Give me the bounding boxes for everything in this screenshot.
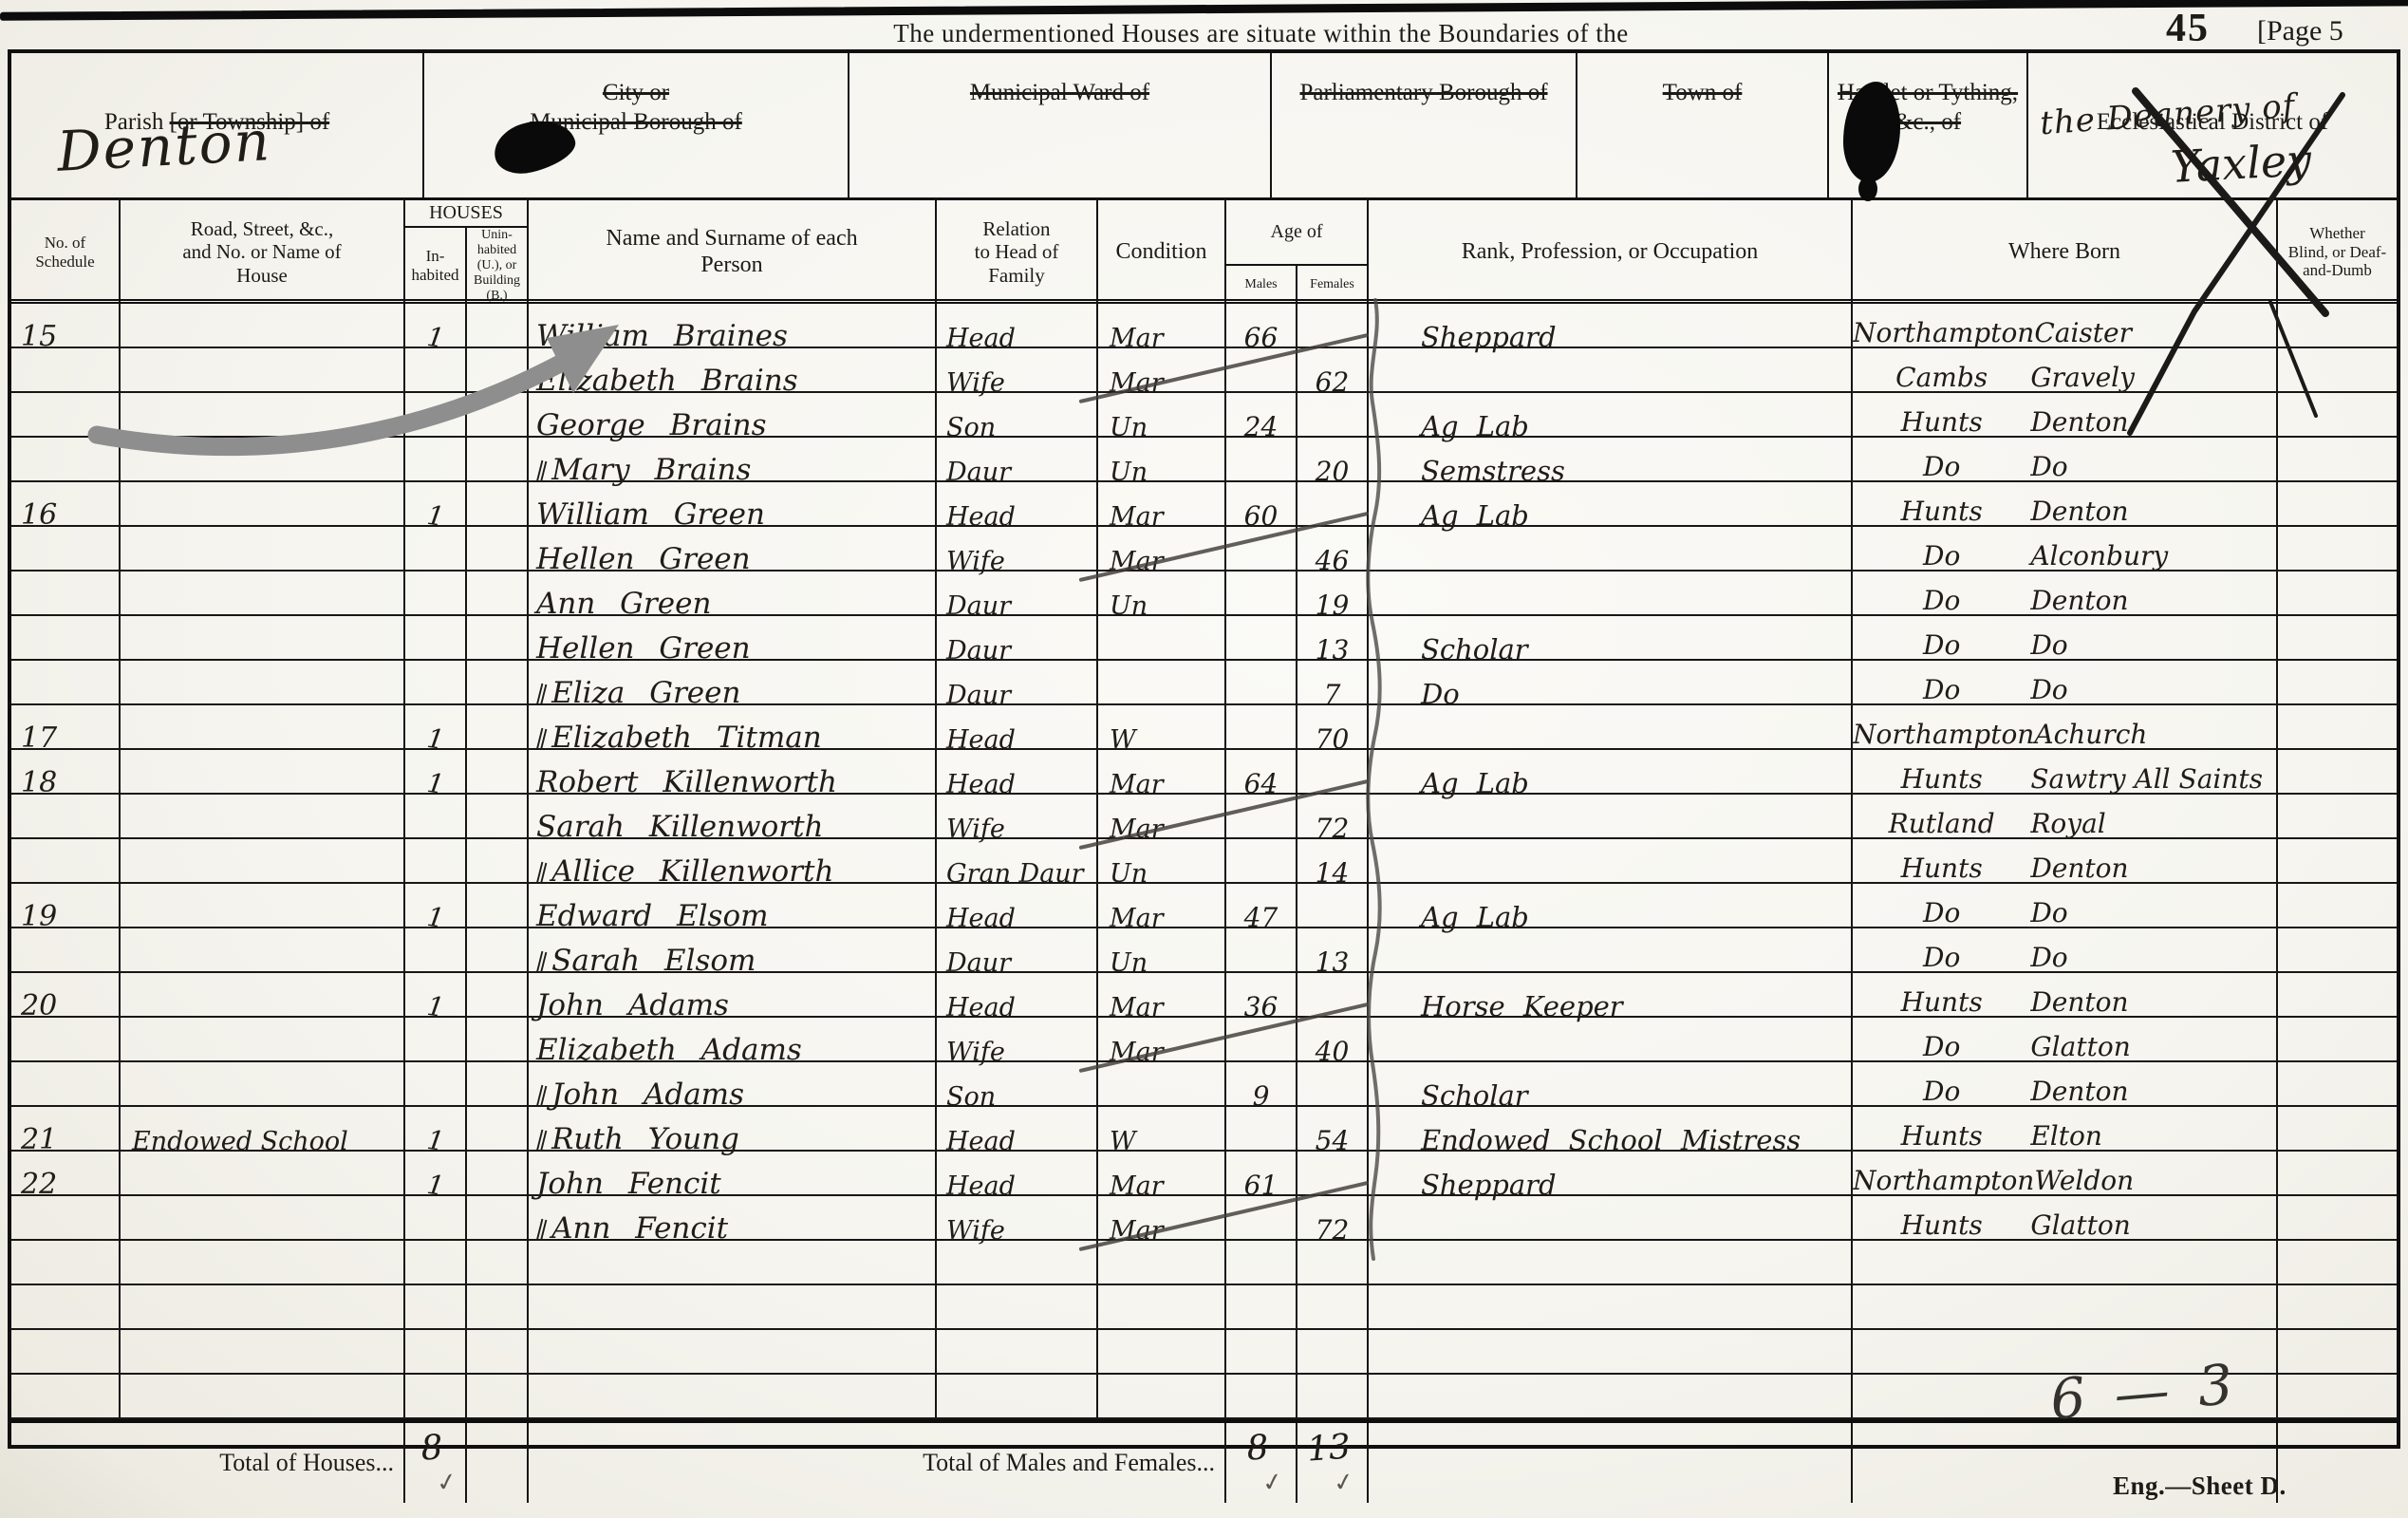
born-county: Hunts: [1901, 496, 1983, 527]
column-header-uninhabited: Unin- habited (U.), or Building (B.): [467, 228, 527, 304]
cell-name: ∥Mary Brains: [529, 438, 937, 480]
handwritten-entry: Son: [946, 1082, 996, 1112]
born-county: Do: [1923, 451, 1960, 482]
handwritten-entry: ∥John Adams: [536, 1078, 744, 1112]
handwritten-entry: Mar: [1110, 1171, 1164, 1201]
total-males-value: 8: [1245, 1428, 1270, 1468]
cell-occupation: [1369, 1375, 1853, 1417]
born-place: Glatton: [2030, 1209, 2130, 1241]
record-row: 221John FencitHeadMar61SheppardNorthampt…: [11, 1152, 2397, 1196]
handwritten-entry: Mar: [1110, 770, 1164, 799]
page-label: [Page 5: [2257, 15, 2343, 47]
cell-inhabited: [405, 1330, 467, 1373]
cell-blind: [2278, 884, 2397, 927]
cell-blind: [2278, 1285, 2397, 1328]
cell-road: [121, 1196, 405, 1239]
town-struck-label: Town of: [1663, 80, 1743, 105]
handwritten-entry: 64: [1244, 768, 1279, 799]
parliamentary-struck-label: Parliamentary Borough of: [1299, 80, 1547, 105]
record-row: [11, 1330, 2397, 1375]
cell-born: DoDenton: [1853, 1062, 2278, 1105]
cell-inhabited: [405, 1375, 467, 1417]
cell-schedule: 20: [11, 973, 121, 1016]
handwritten-entry: Head: [946, 770, 1016, 799]
cell-age-females: 70: [1297, 705, 1369, 748]
cell-uninhabited: [467, 705, 529, 748]
handwritten-entry: John Adams: [536, 988, 729, 1022]
cell-age-females: [1297, 1241, 1369, 1284]
total-males-cell: 8 ✓: [1226, 1423, 1297, 1503]
record-row: Elizabeth AdamsWifeMar40DoGlatton: [11, 1018, 2397, 1062]
record-row: 21Endowed School1∥Ruth YoungHeadW54Endow…: [11, 1107, 2397, 1152]
cell-blind: [2278, 482, 2397, 525]
cell-occupation: [1369, 928, 1853, 971]
born-place: Denton: [2030, 406, 2128, 438]
cell-uninhabited: [467, 750, 529, 793]
cell-schedule: [11, 348, 121, 391]
cell-condition: Mar: [1098, 884, 1226, 927]
cell-age-males: [1226, 616, 1297, 659]
cell-road: [121, 1330, 405, 1373]
handwritten-entry: Un: [1110, 948, 1148, 978]
cell-name: Robert Killenworth: [529, 750, 937, 793]
cell-inhabited: [405, 1241, 467, 1284]
cell-uninhabited: [467, 884, 529, 927]
cell-blind: [2278, 661, 2397, 703]
cell-relation: Head: [937, 884, 1098, 927]
cell-born: NorthamptonWeldon: [1853, 1152, 2278, 1194]
cell-born: [1853, 1241, 2278, 1284]
handwritten-entry: Head: [946, 1127, 1016, 1156]
record-row: George BrainsSonUn24Ag LabHuntsDenton: [11, 393, 2397, 438]
record-row: 161William GreenHeadMar60Ag LabHuntsDent…: [11, 482, 2397, 527]
cell-schedule: [11, 839, 121, 882]
cell-occupation: Scholar: [1369, 1062, 1853, 1105]
cell-condition: Un: [1098, 928, 1226, 971]
born-place: Do: [2030, 674, 2067, 705]
born-county: Do: [1923, 540, 1960, 572]
cell-schedule: [11, 795, 121, 837]
cell-condition: Mar: [1098, 482, 1226, 525]
handwritten-entry: Edward Elsom: [536, 899, 769, 933]
handwritten-entry: ∥Ann Fencit: [536, 1211, 728, 1246]
cell-age-females: [1297, 884, 1369, 927]
cell-schedule: [11, 572, 121, 614]
sheet-title: The undermentioned Houses are situate wi…: [57, 19, 2408, 48]
cell-blind: [2278, 572, 2397, 614]
cell-age-males: [1226, 661, 1297, 703]
boundary-parish-cell: Parish [or Township] of Denton: [11, 53, 424, 197]
cell-born: HuntsDenton: [1853, 973, 2278, 1016]
born-county: Do: [1923, 585, 1960, 616]
cell-name: Ann Green: [529, 572, 937, 614]
cell-blind: [2278, 393, 2397, 436]
total-houses-label: Total of Houses...: [11, 1423, 405, 1503]
handwritten-entry: George Brains: [536, 408, 767, 442]
handwritten-entry: 13: [1316, 946, 1350, 978]
cell-schedule: 19: [11, 884, 121, 927]
cell-condition: Mar: [1098, 795, 1226, 837]
cell-born: RutlandRoyal: [1853, 795, 2278, 837]
cell-relation: Head: [937, 304, 1098, 347]
born-place: Caister: [2034, 317, 2132, 348]
handwritten-entry: 61: [1244, 1170, 1279, 1201]
cell-condition: Mar: [1098, 1196, 1226, 1239]
cell-road: [121, 1062, 405, 1105]
handwritten-entry: Ag Lab: [1421, 901, 1529, 933]
cell-uninhabited: [467, 1018, 529, 1060]
handwritten-entry: Head: [946, 725, 1016, 755]
cell-condition: Mar: [1098, 973, 1226, 1016]
handwritten-entry: Horse Keeper: [1421, 990, 1623, 1022]
total-males-checkmark: ✓: [1260, 1467, 1286, 1498]
boundary-ecclesiastical-cell: Ecclesiastical District of the Deanery o…: [2028, 53, 2397, 197]
cell-inhabited: [405, 928, 467, 971]
born-place: Royal: [2030, 808, 2105, 839]
cell-age-females: 20: [1297, 438, 1369, 480]
cell-age-females: 72: [1297, 1196, 1369, 1239]
handwritten-entry: Son: [946, 413, 996, 442]
cell-name: John Fencit: [529, 1152, 937, 1194]
cell-schedule: [11, 1062, 121, 1105]
cell-road: [121, 438, 405, 480]
record-row: 201John AdamsHeadMar36Horse KeeperHuntsD…: [11, 973, 2397, 1018]
scan-top-rule: [0, 0, 2408, 21]
cell-blind: [2278, 1330, 2397, 1373]
cell-inhabited: [405, 348, 467, 391]
born-place: Achurch: [2034, 719, 2147, 750]
cell-born: CambsGravely: [1853, 348, 2278, 391]
handwritten-entry: William Green: [536, 497, 765, 532]
handwritten-entry: Robert Killenworth: [536, 765, 837, 799]
ward-struck-label: Municipal Ward of: [970, 80, 1149, 105]
cell-relation: Head: [937, 973, 1098, 1016]
cell-condition: [1098, 1285, 1226, 1328]
cell-relation: Head: [937, 705, 1098, 748]
cell-age-males: [1226, 1375, 1297, 1417]
cell-relation: [937, 1285, 1098, 1328]
cell-age-females: 13: [1297, 616, 1369, 659]
cell-age-females: [1297, 1285, 1369, 1328]
born-place: Do: [2030, 897, 2067, 928]
handwritten-entry: John Fencit: [536, 1167, 721, 1201]
handwritten-entry: ∥Elizabeth Titman: [536, 721, 822, 755]
cell-age-males: [1226, 928, 1297, 971]
born-place: Do: [2030, 451, 2067, 482]
cell-schedule: [11, 1375, 121, 1417]
cell-born: DoDo: [1853, 661, 2278, 703]
column-header-blind: Whether Blind, or Deaf- and-Dumb: [2278, 200, 2397, 304]
totals-row: Total of Houses... 8 ✓ Total of Males an…: [11, 1419, 2397, 1503]
cell-condition: [1098, 1330, 1226, 1373]
cell-road: [121, 1241, 405, 1284]
cell-condition: Un: [1098, 572, 1226, 614]
record-row: Ann GreenDaurUn19DoDenton: [11, 572, 2397, 616]
cell-condition: Mar: [1098, 750, 1226, 793]
cell-occupation: Horse Keeper: [1369, 973, 1853, 1016]
born-county: Hunts: [1901, 1209, 1983, 1241]
census-form: Parish [or Township] of Denton City or M…: [8, 49, 2400, 1449]
handwritten-entry: 15: [21, 320, 57, 353]
cell-blind: [2278, 1018, 2397, 1060]
born-place: Do: [2030, 629, 2067, 661]
enumerator-tick: ∥: [533, 681, 551, 709]
cell-born: HuntsElton: [1853, 1107, 2278, 1150]
cell-inhabited: 1: [405, 705, 467, 748]
cell-relation: Son: [937, 393, 1098, 436]
born-county: Hunts: [1901, 406, 1983, 438]
handwritten-entry: 16: [21, 498, 57, 532]
handwritten-entry: Head: [946, 502, 1016, 532]
handwritten-entry: Un: [1110, 458, 1148, 487]
cell-age-females: 72: [1297, 795, 1369, 837]
handwritten-entry: 46: [1316, 545, 1350, 576]
cell-age-males: [1226, 438, 1297, 480]
cell-occupation: Ag Lab: [1369, 393, 1853, 436]
cell-inhabited: 1: [405, 884, 467, 927]
cell-born: DoDo: [1853, 438, 2278, 480]
handwritten-entry: Mar: [1110, 904, 1164, 933]
born-county: Hunts: [1901, 986, 1983, 1018]
column-header-houses-group: HOUSES In- habited Unin- habited (U.), o…: [405, 200, 529, 304]
handwritten-entry: Head: [946, 1171, 1016, 1201]
cell-age-males: [1226, 1107, 1297, 1150]
cell-name: ∥Sarah Elsom: [529, 928, 937, 971]
cell-occupation: [1369, 839, 1853, 882]
handwritten-entry: Semstress: [1421, 455, 1565, 487]
cell-age-males: [1226, 572, 1297, 614]
boundary-ward-cell: Municipal Ward of: [849, 53, 1272, 197]
cell-condition: Un: [1098, 393, 1226, 436]
cell-road: [121, 616, 405, 659]
record-row: ∥Allice KillenworthGran DaurUn14HuntsDen…: [11, 839, 2397, 884]
cell-blind: [2278, 616, 2397, 659]
handwritten-entry: Sarah Killenworth: [536, 810, 824, 844]
handwritten-entry: ∥Allice Killenworth: [536, 854, 833, 889]
cell-condition: Mar: [1098, 527, 1226, 570]
cell-condition: Mar: [1098, 304, 1226, 347]
cell-condition: Un: [1098, 839, 1226, 882]
enumerator-tick: ∥: [533, 1082, 551, 1111]
cell-schedule: [11, 661, 121, 703]
cell-inhabited: [405, 1285, 467, 1328]
cell-relation: Wife: [937, 1018, 1098, 1060]
enumerator-tick: ∥: [533, 1127, 551, 1155]
cell-born: HuntsGlatton: [1853, 1196, 2278, 1239]
enumerator-tick: ∥: [533, 948, 551, 977]
cell-born: DoDo: [1853, 616, 2278, 659]
record-row: ∥Mary BrainsDaurUn20SemstressDoDo: [11, 438, 2397, 482]
cell-born: HuntsDenton: [1853, 839, 2278, 882]
boundary-parliamentary-cell: Parliamentary Borough of: [1272, 53, 1577, 197]
column-header-relation: Relation to Head of Family: [937, 200, 1098, 304]
handwritten-entry: Ag Lab: [1421, 410, 1529, 442]
handwritten-entry: Endowed School: [132, 1127, 348, 1156]
parish-value: Denton: [55, 106, 272, 186]
handwritten-entry: W: [1110, 725, 1136, 755]
cell-age-males: 60: [1226, 482, 1297, 525]
cell-occupation: Endowed School Mistress: [1369, 1107, 1853, 1150]
cell-blind: [2278, 928, 2397, 971]
cell-uninhabited: [467, 1330, 529, 1373]
cell-relation: Daur: [937, 661, 1098, 703]
cell-age-females: 46: [1297, 527, 1369, 570]
cell-schedule: [11, 616, 121, 659]
handwritten-entry: 14: [1316, 857, 1350, 889]
cell-uninhabited: [467, 1375, 529, 1417]
handwritten-entry: Wife: [946, 547, 1005, 576]
born-place: Denton: [2030, 986, 2128, 1018]
handwritten-entry: ∥Eliza Green: [536, 676, 740, 710]
record-row: ∥John AdamsSon9ScholarDoDenton: [11, 1062, 2397, 1107]
cell-occupation: Scholar: [1369, 616, 1853, 659]
handwritten-entry: Daur: [946, 681, 1011, 710]
cell-name: ∥Elizabeth Titman: [529, 705, 937, 748]
cell-blind: [2278, 304, 2397, 347]
born-place: Elton: [2030, 1120, 2102, 1152]
born-county: Rutland: [1889, 808, 1995, 839]
born-place: Denton: [2030, 1076, 2128, 1107]
handwritten-entry: 20: [1316, 456, 1350, 487]
cell-inhabited: 1: [405, 750, 467, 793]
handwritten-entry: William Braines: [536, 319, 788, 353]
born-county: Hunts: [1901, 763, 1983, 795]
cell-condition: W: [1098, 1107, 1226, 1150]
cell-uninhabited: [467, 304, 529, 347]
handwritten-entry: Head: [946, 993, 1016, 1022]
boundary-town-cell: Town of: [1577, 53, 1829, 197]
cell-age-males: 64: [1226, 750, 1297, 793]
totals-spacer-cell: [467, 1423, 529, 1503]
handwritten-entry: 17: [21, 722, 57, 755]
cell-born: HuntsSawtry All Saints: [1853, 750, 2278, 793]
cell-name: ∥Ruth Young: [529, 1107, 937, 1150]
born-county: Do: [1923, 674, 1960, 705]
cell-schedule: 18: [11, 750, 121, 793]
cell-relation: Daur: [937, 572, 1098, 614]
cell-schedule: [11, 393, 121, 436]
cell-blind: [2278, 1375, 2397, 1417]
enumerator-tick: ∥: [533, 859, 551, 888]
cell-born: NorthamptonAchurch: [1853, 705, 2278, 748]
cell-schedule: [11, 1196, 121, 1239]
handwritten-entry: 62: [1316, 366, 1350, 398]
column-header-females: Females: [1297, 266, 1367, 304]
cell-road: [121, 1152, 405, 1194]
handwritten-entry: Head: [946, 904, 1016, 933]
cell-born: DoDenton: [1853, 572, 2278, 614]
handwritten-entry: 60: [1244, 500, 1279, 532]
cell-relation: Daur: [937, 438, 1098, 480]
cell-occupation: [1369, 1285, 1853, 1328]
cell-age-females: [1297, 393, 1369, 436]
column-header-males: Males: [1226, 266, 1297, 304]
handwritten-entry: 9: [1253, 1080, 1270, 1112]
cell-relation: Head: [937, 750, 1098, 793]
cell-schedule: 17: [11, 705, 121, 748]
column-header-age: Age of: [1226, 200, 1367, 264]
cell-name: [529, 1375, 937, 1417]
cell-born: NorthamptonCaister: [1853, 304, 2278, 347]
handwritten-entry: Scholar: [1421, 1079, 1528, 1112]
page-number: 45: [2166, 6, 2210, 51]
handwritten-entry: Un: [1110, 591, 1148, 621]
cell-occupation: [1369, 572, 1853, 614]
column-header-inhabited: In- habited: [405, 228, 467, 304]
handwritten-entry: 7: [1324, 679, 1341, 710]
handwritten-entry: 40: [1316, 1036, 1350, 1067]
cell-road: [121, 1018, 405, 1060]
cell-uninhabited: [467, 795, 529, 837]
cell-age-females: 19: [1297, 572, 1369, 614]
ecclesiastical-value-line2: Yaxley: [2170, 133, 2313, 195]
cell-uninhabited: [467, 928, 529, 971]
born-place: Denton: [2030, 585, 2128, 616]
handwritten-entry: Wife: [946, 1038, 1005, 1067]
cell-name: ∥Ann Fencit: [529, 1196, 937, 1239]
cell-occupation: [1369, 527, 1853, 570]
cell-age-males: [1226, 839, 1297, 882]
handwritten-entry: Daur: [946, 636, 1011, 665]
cell-uninhabited: [467, 527, 529, 570]
cell-inhabited: [405, 839, 467, 882]
cell-condition: [1098, 661, 1226, 703]
records-body: 151William BrainesHeadMar66SheppardNorth…: [11, 304, 2397, 1419]
handwritten-entry: Head: [946, 324, 1016, 353]
cell-uninhabited: [467, 572, 529, 614]
cell-schedule: 16: [11, 482, 121, 525]
handwritten-entry: 47: [1244, 902, 1279, 933]
cell-name: George Brains: [529, 393, 937, 436]
handwritten-entry: Mar: [1110, 993, 1164, 1022]
cell-inhabited: [405, 572, 467, 614]
handwritten-entry: Daur: [946, 591, 1011, 621]
born-county: Northampton: [1853, 719, 2034, 750]
handwritten-entry: Wife: [946, 1216, 1005, 1246]
record-row: 171∥Elizabeth TitmanHeadW70NorthamptonAc…: [11, 705, 2397, 750]
cell-age-females: [1297, 1330, 1369, 1373]
cell-occupation: Do: [1369, 661, 1853, 703]
record-row: Elizabeth BrainsWifeMar62CambsGravely: [11, 348, 2397, 393]
cell-age-males: 47: [1226, 884, 1297, 927]
cell-name: Sarah Killenworth: [529, 795, 937, 837]
cell-relation: [937, 1330, 1098, 1373]
cell-age-females: [1297, 1375, 1369, 1417]
handwritten-entry: Mar: [1110, 502, 1164, 532]
total-females-checkmark: ✓: [1332, 1467, 1357, 1498]
enumerator-tick: ∥: [533, 725, 551, 754]
cell-blind: [2278, 1107, 2397, 1150]
cell-road: [121, 661, 405, 703]
cell-name: William Braines: [529, 304, 937, 347]
record-row: Hellen GreenWifeMar46DoAlconbury: [11, 527, 2397, 572]
cell-name: John Adams: [529, 973, 937, 1016]
cell-inhabited: [405, 527, 467, 570]
handwritten-entry: Endowed School Mistress: [1421, 1124, 1801, 1156]
cell-occupation: [1369, 705, 1853, 748]
cell-age-females: 62: [1297, 348, 1369, 391]
cell-occupation: [1369, 1018, 1853, 1060]
column-header-condition: Condition: [1098, 200, 1226, 304]
record-row: 181Robert KillenworthHeadMar64Ag LabHunt…: [11, 750, 2397, 795]
born-county: Hunts: [1901, 853, 1983, 884]
cell-name: Elizabeth Brains: [529, 348, 937, 391]
born-county: Do: [1923, 897, 1960, 928]
cell-age-males: 61: [1226, 1152, 1297, 1194]
born-place: Alconbury: [2030, 540, 2168, 572]
cell-inhabited: [405, 1062, 467, 1105]
cell-relation: Gran Daur: [937, 839, 1098, 882]
